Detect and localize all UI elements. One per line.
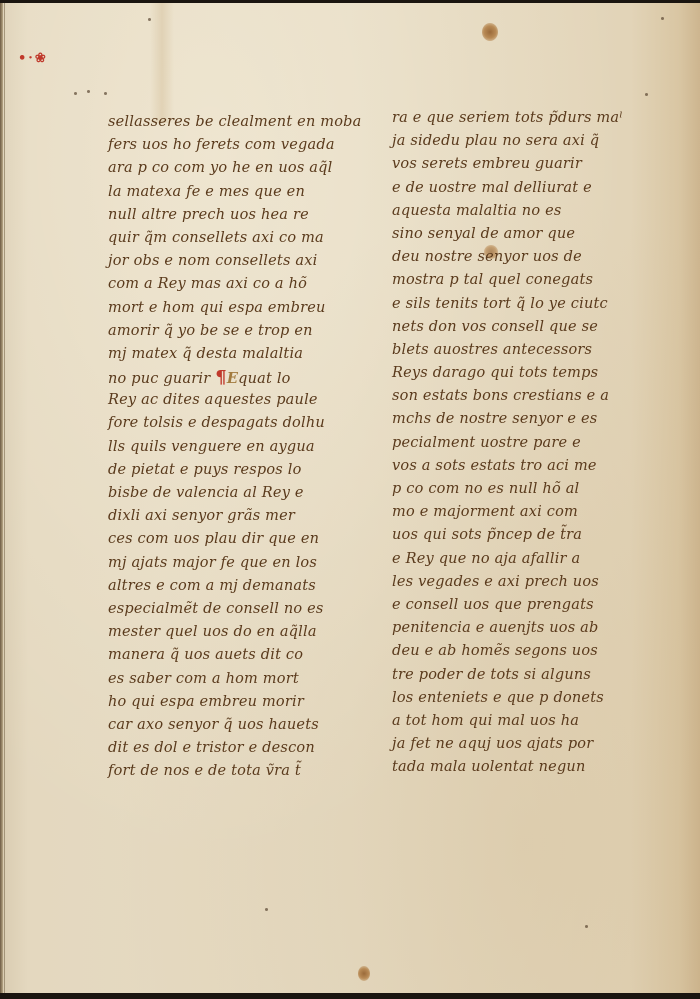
text-line: los enteniets e que p donets: [392, 687, 637, 710]
text-line: sino senyal de amor que: [392, 223, 637, 246]
text-line: e sils tenits tort q̃ lo ye ciutc: [392, 293, 637, 316]
text-line: deu e ab homẽs segons uos: [392, 640, 637, 663]
text-line: sellasseres be clealment en moba: [108, 111, 353, 134]
text-line: ra e que seriem tots p̃durs maˡ: [392, 107, 637, 130]
stain-bottom: [358, 966, 370, 981]
text-line: e Rey que no aja afallir a: [392, 548, 637, 571]
text-line: blets auostres antecessors: [392, 339, 637, 362]
text-line: especialmẽt de consell no es: [108, 598, 353, 621]
text-line: Reys darago qui tots temps: [392, 362, 637, 385]
text-line: mj matex q̃ desta malaltia: [108, 343, 353, 366]
speck: [585, 925, 588, 928]
text-line: aquesta malaltia no es: [392, 200, 637, 223]
text-line: vos a sots estats tro aci me: [392, 455, 637, 478]
text-line: ja sidedu plau no sera axi q̃: [392, 130, 637, 153]
text-line: tada mala uolentat negun: [392, 756, 637, 779]
rubric-line: no puc guarir ¶Equat lo: [108, 366, 353, 389]
speck: [645, 93, 648, 96]
text-line: son estats bons crestians e a: [392, 385, 637, 408]
text-line: mort e hom qui espa embreu: [108, 297, 353, 320]
binding-edge: [0, 3, 3, 993]
text-line: tre poder de tots si alguns: [392, 664, 637, 687]
text-line: ces com uos plau dir que en: [108, 528, 353, 551]
text-line: a tot hom qui mal uos ha: [392, 710, 637, 733]
text-line: uos qui sots p̃ncep de t̃ra: [392, 524, 637, 547]
text-line: Rey ac dites aquestes paule: [108, 389, 353, 412]
text-line: pecialment uostre pare e: [392, 432, 637, 455]
text-line: p co com no es null hõ al: [392, 478, 637, 501]
vertical-fold-stain: [150, 3, 174, 123]
text-line: ja fet ne aquj uos ajats por: [392, 733, 637, 756]
text-line: dixli axi senyor grãs mer: [108, 505, 353, 528]
text-line: null altre prech uos hea re: [108, 204, 353, 227]
speck: [265, 908, 268, 911]
text-line: mostra p tal quel conegats: [392, 269, 637, 292]
text-line: fers uos ho ferets com vegada: [108, 134, 353, 157]
text-line: lls quils venguere en aygua: [108, 436, 353, 459]
text-line: com a Rey mas axi co a hõ: [108, 273, 353, 296]
gutter-rule: [4, 3, 5, 993]
text-line: penitencia e auenjts uos ab: [392, 617, 637, 640]
text-line: amorir q̃ yo be se e trop en: [108, 320, 353, 343]
text-line: ho qui espa embreu morir: [108, 691, 353, 714]
speck: [661, 17, 664, 20]
text-segment: no puc guarir: [108, 371, 210, 387]
right-text-column: ra e que seriem tots p̃durs maˡ ja sided…: [392, 107, 637, 779]
text-line: quir q̃m consellets axi co ma: [108, 227, 353, 250]
text-line: mester quel uos do en aq̃lla: [108, 621, 353, 644]
pilcrow-icon: ¶: [215, 367, 227, 388]
text-line: jor obs e nom consellets axi: [108, 250, 353, 273]
red-marginal-mark: •·❀: [18, 51, 48, 66]
text-line: de pietat e puys respos lo: [108, 459, 353, 482]
decorated-initial: E: [227, 370, 238, 387]
text-line: e de uostre mal delliurat e: [392, 177, 637, 200]
text-line: car axo senyor q̃ uos hauets: [108, 714, 353, 737]
text-line: la matexa fe e mes que en: [108, 181, 353, 204]
speck: [148, 18, 151, 21]
ink-stain-top: [482, 23, 498, 41]
text-line: manera q̃ uos auets dit co: [108, 644, 353, 667]
text-line: fore tolsis e despagats dolhu: [108, 412, 353, 435]
text-line: altres e com a mj demanats: [108, 575, 353, 598]
text-line: ara p co com yo he en uos aq̃l: [108, 157, 353, 180]
text-line: mo e majorment axi com: [392, 501, 637, 524]
text-line: vos serets embreu guarir: [392, 153, 637, 176]
speck: [87, 90, 90, 93]
text-line: deu nostre senyor uos de: [392, 246, 637, 269]
text-line: e consell uos que prengats: [392, 594, 637, 617]
left-text-column: sellasseres be clealment en moba fers uo…: [108, 111, 353, 783]
manuscript-page: •·❀ sellasseres be clealment en moba fer…: [0, 3, 700, 993]
text-line: les vegades e axi prech uos: [392, 571, 637, 594]
speck: [74, 92, 77, 95]
text-line: mj ajats major fe que en los: [108, 552, 353, 575]
text-line: nets don vos consell que se: [392, 316, 637, 339]
speck: [104, 92, 107, 95]
text-line: fort de nos e de tota ṽra t̃: [108, 760, 353, 783]
text-line: es saber com a hom mort: [108, 668, 353, 691]
text-line: dit es dol e tristor e descon: [108, 737, 353, 760]
text-line: bisbe de valencia al Rey e: [108, 482, 353, 505]
text-segment: quat lo: [238, 371, 290, 387]
text-line: mchs de nostre senyor e es: [392, 408, 637, 431]
